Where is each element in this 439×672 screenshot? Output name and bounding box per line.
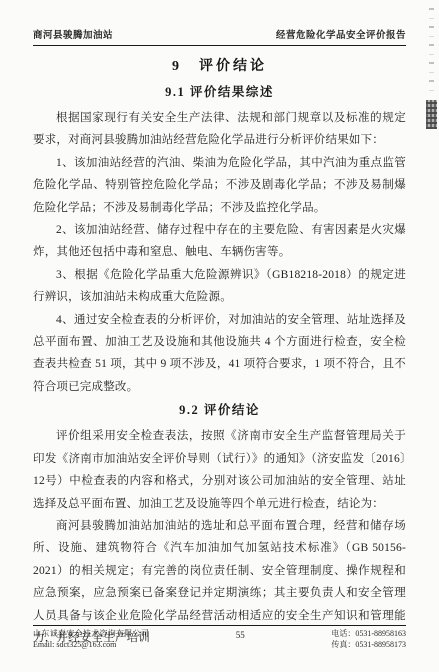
document-body: 9 评价结论 9.1 评价结果综述 根据国家现行有关安全生产法律、法规和部门规章… <box>33 54 406 649</box>
body-paragraph: 根据国家现行有关安全生产法律、法规和部门规章以及标准的规定要求，对商河县骏腾加油… <box>33 107 406 152</box>
footer-fax: 传真：0531-88958173 <box>331 640 406 651</box>
section-9-1-title: 9.1 评价结果综述 <box>33 84 406 101</box>
chapter-title: 9 评价结论 <box>33 57 406 77</box>
body-paragraph: 1、该加油站经营的汽油、柴油为危险化学品，其中汽油为重点监管危险化学品、特别管控… <box>33 152 406 219</box>
footer-contact-block: 电话：0531-88958163 传真：0531-88958173 <box>331 629 406 650</box>
section-9-1-paragraphs: 根据国家现行有关安全生产法律、法规和部门规章以及标准的规定要求，对商河县骏腾加油… <box>33 107 406 398</box>
section-9-2-paragraphs: 评价组采用安全检查表法，按照《济南市安全生产监督管理局关于印发《济南市加油站安全… <box>33 425 406 649</box>
body-paragraph: 4、通过安全检查表的分析评价，对加油站的安全管理、站址选择及总平面布置、加油工艺… <box>33 309 406 399</box>
body-paragraph: 3、根据《危险化学品重大危险源辨识》（GB18218-2018）的规定进行辨识，… <box>33 264 406 309</box>
page-header: 商河县骏腾加油站 经营危险化学品安全评价报告 <box>33 27 406 46</box>
spine-edge-marks <box>429 8 434 94</box>
body-paragraph: 2、该加油站经营、储存过程中存在的主要危险、有害因素是火灾爆炸，其他还包括中毒和… <box>33 219 406 264</box>
footer-email: Email: sdct325@163.com <box>33 640 149 651</box>
page-number: 55 <box>236 629 245 640</box>
footer-company-name: 山东诚泰安全技术咨询有限公司 <box>33 629 149 640</box>
document-page: 商河县骏腾加油站 经营危险化学品安全评价报告 9 评价结论 9.1 评价结果综述… <box>0 0 439 672</box>
spine-stamp-block <box>426 100 437 129</box>
footer-phone: 电话：0531-88958163 <box>331 629 406 640</box>
section-9-2: 9.2 评价结论 评价组采用安全检查表法，按照《济南市安全生产监督管理局关于印发… <box>33 402 406 649</box>
footer-company-block: 山东诚泰安全技术咨询有限公司 Email: sdct325@163.com <box>33 629 149 650</box>
header-station-name: 商河县骏腾加油站 <box>33 27 113 41</box>
section-9-1: 9.1 评价结果综述 根据国家现行有关安全生产法律、法规和部门规章以及标准的规定… <box>33 84 406 398</box>
header-report-title: 经营危险化学品安全评价报告 <box>276 27 406 41</box>
body-paragraph: 评价组采用安全检查表法，按照《济南市安全生产监督管理局关于印发《济南市加油站安全… <box>33 425 406 515</box>
page-footer: 山东诚泰安全技术咨询有限公司 Email: sdct325@163.com 55… <box>33 625 406 650</box>
section-9-2-title: 9.2 评价结论 <box>33 402 406 419</box>
